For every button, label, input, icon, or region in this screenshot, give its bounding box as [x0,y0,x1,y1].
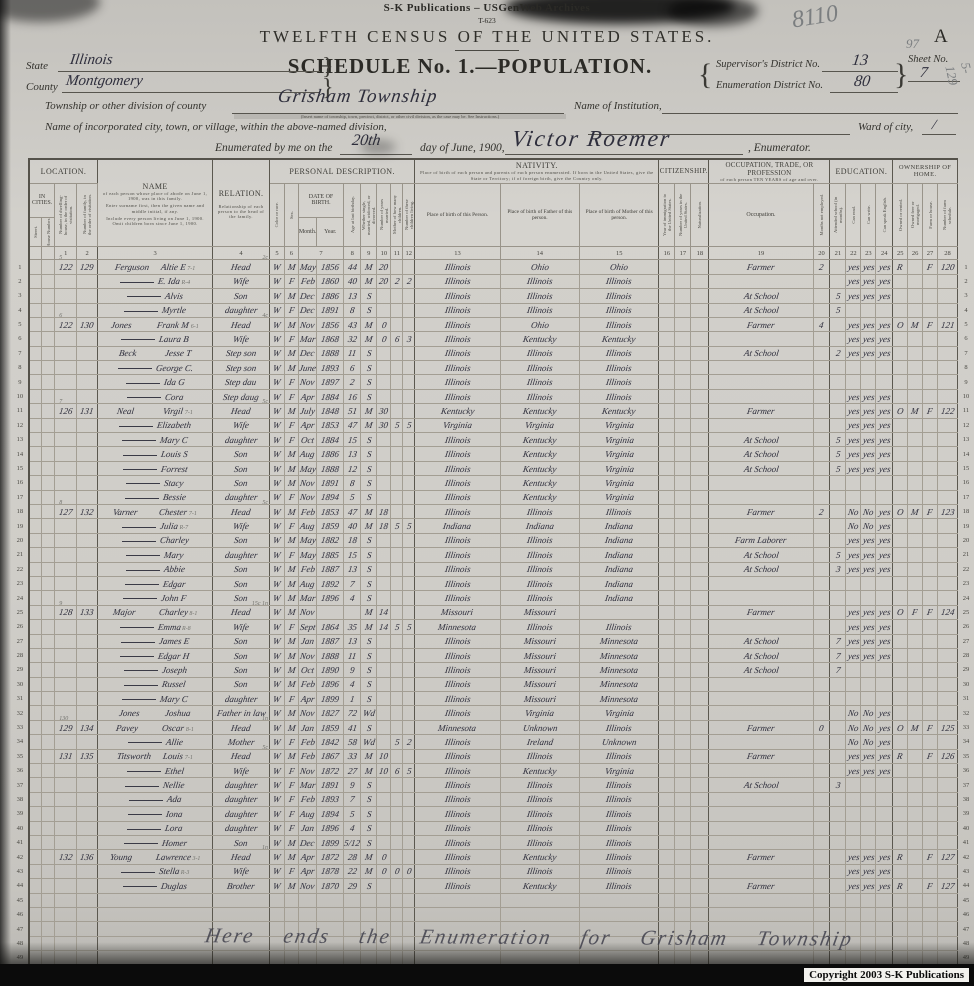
row-number: 43 [957,864,974,878]
cell-occ: Farmer [709,317,813,331]
cell-en [876,821,893,835]
cell-street [29,648,42,662]
row-number: 45 [957,893,974,907]
cell-f: 136 [77,850,98,864]
cell-bp: Illinois [415,504,500,518]
row-number: 22 [957,562,974,576]
cell-name: Ida G [98,375,213,389]
cell-wr [861,835,876,849]
cell-wr [861,792,876,806]
row-number: 16 [12,476,29,490]
cell-une [813,375,830,389]
cell-yus [675,893,691,907]
cell-ym: 20 [377,274,391,288]
cell-m: M [361,404,377,418]
table-row: 24John FSonWMMar18964SIllinoisIllinoisIn… [12,591,974,605]
cell-d [55,274,77,288]
cell-mor [908,433,923,447]
cell-house [42,922,55,936]
cell-une [813,749,830,763]
cell-bp: Illinois [415,749,500,763]
cell-cl [403,476,415,490]
column-number: 26 [908,247,923,260]
row-number: 29 [12,663,29,677]
cell-yus [675,807,691,821]
row-number: 27 [12,634,29,648]
cell-house [42,677,55,691]
cell-ym: 20 [377,260,391,274]
in-cities-header: IN CITIES. [29,183,55,217]
cell-f [77,807,98,821]
cell-yus [675,346,691,360]
cell-fno [938,893,958,907]
cell-d: 9128 [55,605,77,619]
cell-c: W [270,792,285,806]
cell-fno: 123 [938,504,958,518]
cell-une [813,447,830,461]
cell-yr: 1888 [317,648,344,662]
cell-yr: 1884 [317,389,344,403]
cell-street [29,663,42,677]
cell-ym: 30 [377,404,391,418]
cell-rd: yes [846,850,861,864]
cell-mor [908,620,923,634]
cell-fbp: Kentucky [500,461,579,475]
cell-bp: Illinois [415,792,500,806]
sd-line [822,70,898,72]
cell-c: W [270,317,285,331]
cell-street [29,504,42,518]
cell-yus [675,591,691,605]
cell-en: yes [876,346,893,360]
cell-mo: Oct [298,663,317,677]
cell-s: M [284,504,298,518]
cell-ym [377,346,391,360]
cell-cb [391,677,403,691]
cell-mor [908,922,923,936]
cell-m: S [361,533,377,547]
cell-mo: Nov [298,375,317,389]
cell-street [29,317,42,331]
col-can-read: Can read. [846,183,861,247]
cell-rel: Brother [213,879,270,893]
cell-occ [709,418,813,432]
cell-sch [830,404,846,418]
cell-une [813,289,830,303]
cell-rel: Wife [213,864,270,878]
cell-yr: 1868 [317,332,344,346]
cell-age: 11 [344,648,361,662]
row-number: 5 [12,317,29,331]
cell-fh [923,562,938,576]
state-label: State [26,60,48,72]
cell-s: M [284,648,298,662]
cell-f [77,375,98,389]
cell-fh: F [923,404,938,418]
cell-yus [675,447,691,461]
cell-m: M [361,332,377,346]
row-number: 40 [12,821,29,835]
cell-sch [830,504,846,518]
cell-d [55,907,77,921]
cell-sch [830,476,846,490]
cell-name: James E [98,634,213,648]
cell-cb [391,749,403,763]
cell-own [893,648,908,662]
cell-name: Nellie [98,778,213,792]
cell-rd: yes [846,749,861,763]
cell-age [344,907,361,921]
cell-d [55,548,77,562]
cell-en: yes [876,648,893,662]
cell-mo: Feb [298,792,317,806]
cell-age: 4 [344,821,361,835]
cell-mor [908,692,923,706]
cell-own [893,447,908,461]
cell-wr [861,907,876,921]
row-number: 31 [957,692,974,706]
cell-imm [659,433,675,447]
cell-cb [391,778,403,792]
cell-sch [830,720,846,734]
cell-imm [659,692,675,706]
cell-cl [403,677,415,691]
cell-c: W [270,663,285,677]
cell-mo: Nov [298,648,317,662]
cell-rel: Wife [213,332,270,346]
enumerated-mid: day of June, 1900, [420,142,505,154]
row-number: 17 [957,490,974,504]
cell-yr: 1896 [317,677,344,691]
cell-s: M [284,260,298,274]
cell-cb [391,346,403,360]
cell-cl: 2 [403,735,415,749]
cell-occ: Farmer [709,404,813,418]
cell-fh [923,792,938,806]
table-row: 36EthelWifeWFNov187227M1065IllinoisKentu… [12,764,974,778]
cell-ym [377,389,391,403]
cell-name: Stella R-3 [98,864,213,878]
cell-s: F [284,375,298,389]
row-number: 13 [957,433,974,447]
cell-house [42,907,55,921]
cell-fno [938,907,958,921]
table-row: 117126131NealVirgil 7-15cHeadWMJuly18485… [12,404,974,418]
cell-own [893,634,908,648]
cell-cl [403,303,415,317]
cell-occ [709,620,813,634]
cell-wr: yes [861,620,876,634]
cell-wr: No [861,706,876,720]
cell-f [77,418,98,432]
table-row: 42132136YoungLawrence 3-11nHeadWMApr1872… [12,850,974,864]
cell-sch [830,864,846,878]
cell-en: yes [876,519,893,533]
column-number: 24 [876,247,893,260]
cell-mor [908,389,923,403]
cell-imm [659,504,675,518]
row-number: 26 [957,620,974,634]
cell-m: S [361,461,377,475]
cell-yr: 1899 [317,692,344,706]
cell-ym [377,807,391,821]
cell-mbp [579,605,658,619]
cell-yus [675,692,691,706]
row-number: 37 [957,778,974,792]
cell-street [29,447,42,461]
cell-c: W [270,260,285,274]
cell-mbp: Illinois [579,361,658,375]
cell-wr [861,807,876,821]
row-number: 14 [957,447,974,461]
cell-cb [391,303,403,317]
cell-m: M [361,605,377,619]
cell-m: M [361,749,377,763]
cell-s: M [284,533,298,547]
cell-d [55,663,77,677]
cell-age [344,605,361,619]
cell-s: M [284,317,298,331]
cell-s: F [284,864,298,878]
cell-m: M [361,864,377,878]
cell-s: F [284,764,298,778]
cell-house [42,504,55,518]
enumeration-district-label: Enumeration District No. [716,80,823,91]
cell-fh: F [923,879,938,893]
cell-fh [923,634,938,648]
cell-name: Ada [98,792,213,806]
scan-left-edge [0,0,11,986]
cell-house [42,533,55,547]
cell-mo: Aug [298,576,317,590]
cell-nat [691,274,709,288]
cell-sch [830,792,846,806]
cell-own [893,907,908,921]
cell-fbp [500,907,579,921]
cell-age: 16 [344,389,361,403]
cell-name: JonesJoshua [98,706,213,720]
column-number [29,247,42,260]
cell-imm [659,620,675,634]
cell-m: S [361,807,377,821]
cell-s: F [284,490,298,504]
cell-cl [403,821,415,835]
cell-nat [691,907,709,921]
cell-cb: 5 [391,418,403,432]
cell-mbp: Illinois [579,821,658,835]
cell-mor [908,792,923,806]
cell-mor [908,807,923,821]
cell-age: 5 [344,807,361,821]
cell-nat [691,519,709,533]
cell-yus [675,461,691,475]
cell-own [893,735,908,749]
cell-fh [923,533,938,547]
cell-house [42,490,55,504]
cell-c: W [270,303,285,317]
cell-d [55,576,77,590]
cell-mor [908,461,923,475]
cell-d [55,562,77,576]
cell-s: F [284,389,298,403]
row-number: 32 [12,706,29,720]
cell-f [77,548,98,562]
cell-c: W [270,692,285,706]
row-number: 10 [957,389,974,403]
cell-age: 72 [344,706,361,720]
cell-bp: Illinois [415,317,500,331]
cell-age: 22 [344,864,361,878]
cell-rel: Mother [213,735,270,749]
cell-sch [830,332,846,346]
row-number: 39 [957,807,974,821]
cell-s: M [284,404,298,418]
township-label: Township or other division of county [45,100,206,112]
cell-nat [691,303,709,317]
cell-mbp: Kentucky [579,404,658,418]
cell-en: yes [876,605,893,619]
cell-une [813,778,830,792]
cell-fh [923,303,938,317]
cell-rd [846,807,861,821]
cell-rel: daughter [213,303,270,317]
cell-age: 33 [344,749,361,763]
cell-name: Duglas [98,879,213,893]
col-month: Month. [298,217,317,247]
cell-rd [846,907,861,921]
cell-fbp: Illinois [500,533,579,547]
cell-age: 47 [344,418,361,432]
cell-c: W [270,418,285,432]
cell-s: M [284,720,298,734]
cell-f [77,792,98,806]
cell-fno [938,821,958,835]
cell-age: 40 [344,274,361,288]
cell-s: M [284,663,298,677]
cell-wr [861,361,876,375]
cell-wr: yes [861,634,876,648]
cell-yus [675,504,691,518]
cell-fno [938,764,958,778]
cell-mor [908,274,923,288]
cell-fh [923,821,938,835]
cell-house [42,591,55,605]
cell-mo: Dec [298,346,317,360]
cell-name: Joseph [98,663,213,677]
cell-une [813,303,830,317]
cell-une [813,677,830,691]
cell-mo: Aug [298,519,317,533]
cell-wr [861,893,876,907]
cell-fno: 127 [938,879,958,893]
nativity-note: Place of birth of each person and parent… [415,170,658,181]
cell-house [42,864,55,878]
cell-wr [861,476,876,490]
cell-rel: daughter [213,821,270,835]
cell-wr [861,692,876,706]
cell-yr: 1872 [317,850,344,864]
row-number: 38 [957,792,974,806]
cell-f [77,562,98,576]
cell-sch: 2 [830,346,846,360]
cell-fh [923,519,938,533]
cell-yus [675,476,691,490]
cell-s: F [284,807,298,821]
cell-rel: Wife [213,764,270,778]
cell-mo: May [298,533,317,547]
cell-ym [377,677,391,691]
table-row: 22AbbieSonWMFeb188713SIllinoisIllinoisIn… [12,562,974,576]
cell-sch [830,749,846,763]
cell-bp: Kentucky [415,404,500,418]
cell-c: W [270,821,285,835]
cell-house [42,778,55,792]
cell-ym: 10 [377,764,391,778]
cell-bp: Illinois [415,850,500,864]
cell-ym: 14 [377,605,391,619]
cell-c: W [270,706,285,720]
cell-f [77,907,98,921]
cell-ym: 0 [377,317,391,331]
cell-s: M [284,706,298,720]
cell-nat [691,893,709,907]
cell-wr [861,778,876,792]
cell-house [42,303,55,317]
column-number: 8 [344,247,361,260]
cell-occ [709,835,813,849]
cell-name: Abbie [98,562,213,576]
cell-fbp: Illinois [500,346,579,360]
cell-fh [923,807,938,821]
table-row: 10CoraStep daugWFApr188416SIllinoisIllin… [12,389,974,403]
cell-fbp: Illinois [500,274,579,288]
cell-ym [377,562,391,576]
cell-une [813,274,830,288]
cell-occ [709,807,813,821]
cell-d [55,792,77,806]
cell-f [77,706,98,720]
cell-occ: Farmer [709,720,813,734]
cell-occ [709,591,813,605]
cell-own [893,562,908,576]
cell-nat [691,677,709,691]
cell-name: E. Ida R-4 [98,274,213,288]
cell-age: 6 [344,361,361,375]
cell-en: yes [876,332,893,346]
cell-wr [861,576,876,590]
cell-d [55,893,77,907]
cell-une [813,764,830,778]
cell-rd: yes [846,605,861,619]
cell-fno [938,591,958,605]
cell-fno [938,864,958,878]
cell-en: yes [876,260,893,274]
table-header: LOCATION. NAME of each person whose plac… [12,159,974,260]
cell-cb [391,634,403,648]
cell-mor: M [908,504,923,518]
cell-own [893,490,908,504]
cell-imm [659,274,675,288]
cell-fh [923,389,938,403]
cell-cb [391,907,403,921]
row-number: 44 [957,879,974,893]
cell-nat [691,289,709,303]
cell-m: S [361,677,377,691]
cell-d [55,461,77,475]
cell-une [813,346,830,360]
cell-bp: Virginia [415,418,500,432]
cell-own [893,778,908,792]
